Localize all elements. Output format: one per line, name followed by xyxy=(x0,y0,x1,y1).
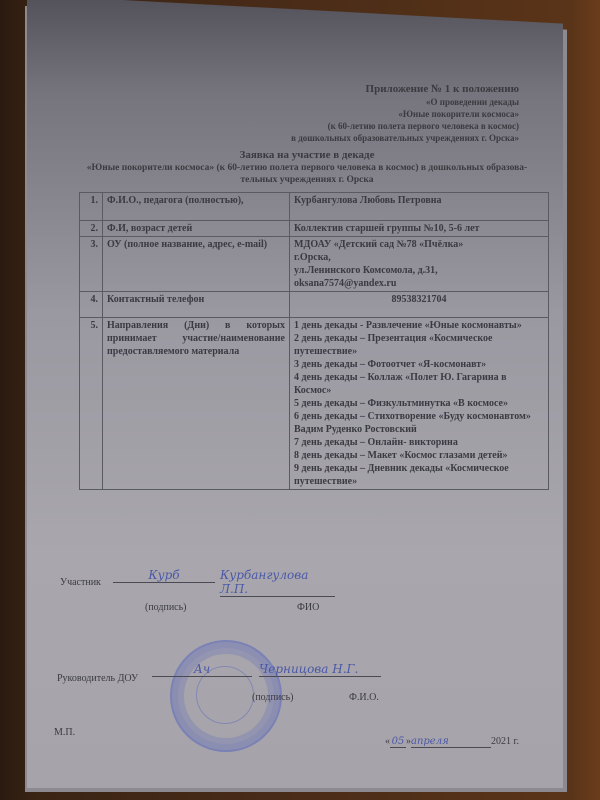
row-label: ОУ (полное название, адрес, e-mail) xyxy=(103,237,290,292)
participant-signature-field: Курб xyxy=(113,568,215,586)
row-label: Ф.И, возраст детей xyxy=(103,221,290,237)
list-item: 2 день декады – Презентация «Космическое… xyxy=(294,332,544,358)
date-month: апреля xyxy=(411,736,491,748)
fio-caption: ФИО xyxy=(297,602,319,613)
row-label: Направления (Дни) в которых принимает уч… xyxy=(103,318,290,490)
table-row: 3. ОУ (полное название, адрес, e-mail) М… xyxy=(80,237,549,292)
list-item: 9 день декады – Дневник декады «Космичес… xyxy=(294,462,544,488)
appendix-heading: Приложение № 1 к положению xyxy=(291,82,519,96)
application-form-table: 1. Ф.И.О., педагога (полностью), Курбанг… xyxy=(79,192,549,490)
value-line: г.Орска, xyxy=(294,251,544,264)
title-main: Заявка на участие в декаде xyxy=(57,148,557,162)
row-number: 5. xyxy=(80,318,103,490)
title-subtitle: тельных учреждениях г. Орска xyxy=(57,174,557,186)
row-number: 2. xyxy=(80,221,103,237)
row-value: Курбангулова Любовь Петровна xyxy=(290,193,549,221)
appendix-line: (к 60-летию полета первого человека в ко… xyxy=(291,120,519,132)
head-name-field: Черницова Н.Г. xyxy=(259,662,381,680)
title-subtitle: «Юные покорители космоса» (к 60-летию по… xyxy=(57,162,557,174)
head-signature-caption: (подпись) xyxy=(252,692,294,703)
participant-name: Курбангулова Л.П. xyxy=(220,568,335,597)
row-number: 4. xyxy=(80,292,103,318)
row-label: Ф.И.О., педагога (полностью), xyxy=(103,193,290,221)
activity-list: 1 день декады - Развлечение «Юные космон… xyxy=(290,318,549,490)
table-row: 5. Направления (Дни) в которых принимает… xyxy=(80,318,549,490)
head-label: Руководитель ДОУ xyxy=(57,673,138,684)
row-label: Контактный телефон xyxy=(103,292,290,318)
participant-name-field: Курбангулова Л.П. xyxy=(220,568,335,586)
head-signature: Ач xyxy=(152,662,252,677)
seal-label: М.П. xyxy=(54,727,75,738)
phone-value: 89538321704 xyxy=(290,292,549,318)
list-item: 8 день декады – Макет «Космос глазами де… xyxy=(294,449,544,462)
row-value: Коллектив старшей группы №10, 5-6 лет xyxy=(290,221,549,237)
value-line: МДОАУ «Детский сад №78 «Пчёлка» xyxy=(294,238,544,251)
date-year: 2021 г. xyxy=(491,736,519,747)
head-name: Черницова Н.Г. xyxy=(259,662,381,677)
value-line: ул.Ленинского Комсомола, д.31, xyxy=(294,264,544,277)
appendix-line: в дошкольных образовательных учреждениях… xyxy=(291,132,519,144)
table-row: 1. Ф.И.О., педагога (полностью), Курбанг… xyxy=(80,193,549,221)
appendix-line: «О проведении декады xyxy=(291,96,519,108)
participant-label: Участник xyxy=(60,577,101,588)
list-item: 4 день декады – Коллаж «Полет Ю. Гагарин… xyxy=(294,371,544,397)
table-row: 4. Контактный телефон 89538321704 xyxy=(80,292,549,318)
head-fio-caption: Ф.И.О. xyxy=(349,692,379,703)
head-signature-field: Ач xyxy=(152,662,252,680)
email-value: oksana7574@yandex.ru xyxy=(294,277,544,290)
document-sheet: Приложение № 1 к положению «О проведении… xyxy=(27,0,563,788)
document-title: Заявка на участие в декаде «Юные покорит… xyxy=(57,148,557,186)
date-day: 05 xyxy=(390,736,406,748)
table-row: 2. Ф.И, возраст детей Коллектив старшей … xyxy=(80,221,549,237)
row-value: МДОАУ «Детский сад №78 «Пчёлка» г.Орска,… xyxy=(290,237,549,292)
list-item: 6 день декады – Стихотворение «Буду косм… xyxy=(294,410,544,436)
list-item: 3 день декады – Фотоотчет «Я-космонавт» xyxy=(294,358,544,371)
appendix-header: Приложение № 1 к положению «О проведении… xyxy=(291,82,519,144)
date-field: «05»апреля2021 г. xyxy=(385,736,519,748)
list-item: 1 день декады - Развлечение «Юные космон… xyxy=(294,319,544,332)
row-number: 1. xyxy=(80,193,103,221)
appendix-line: «Юные покорители космоса» xyxy=(291,108,519,120)
signature-caption: (подпись) xyxy=(145,602,187,613)
row-number: 3. xyxy=(80,237,103,292)
list-item: 7 день декады – Онлайн- викторина xyxy=(294,436,544,449)
list-item: 5 день декады – Физкультминутка «В космо… xyxy=(294,397,544,410)
participant-signature: Курб xyxy=(113,568,215,583)
